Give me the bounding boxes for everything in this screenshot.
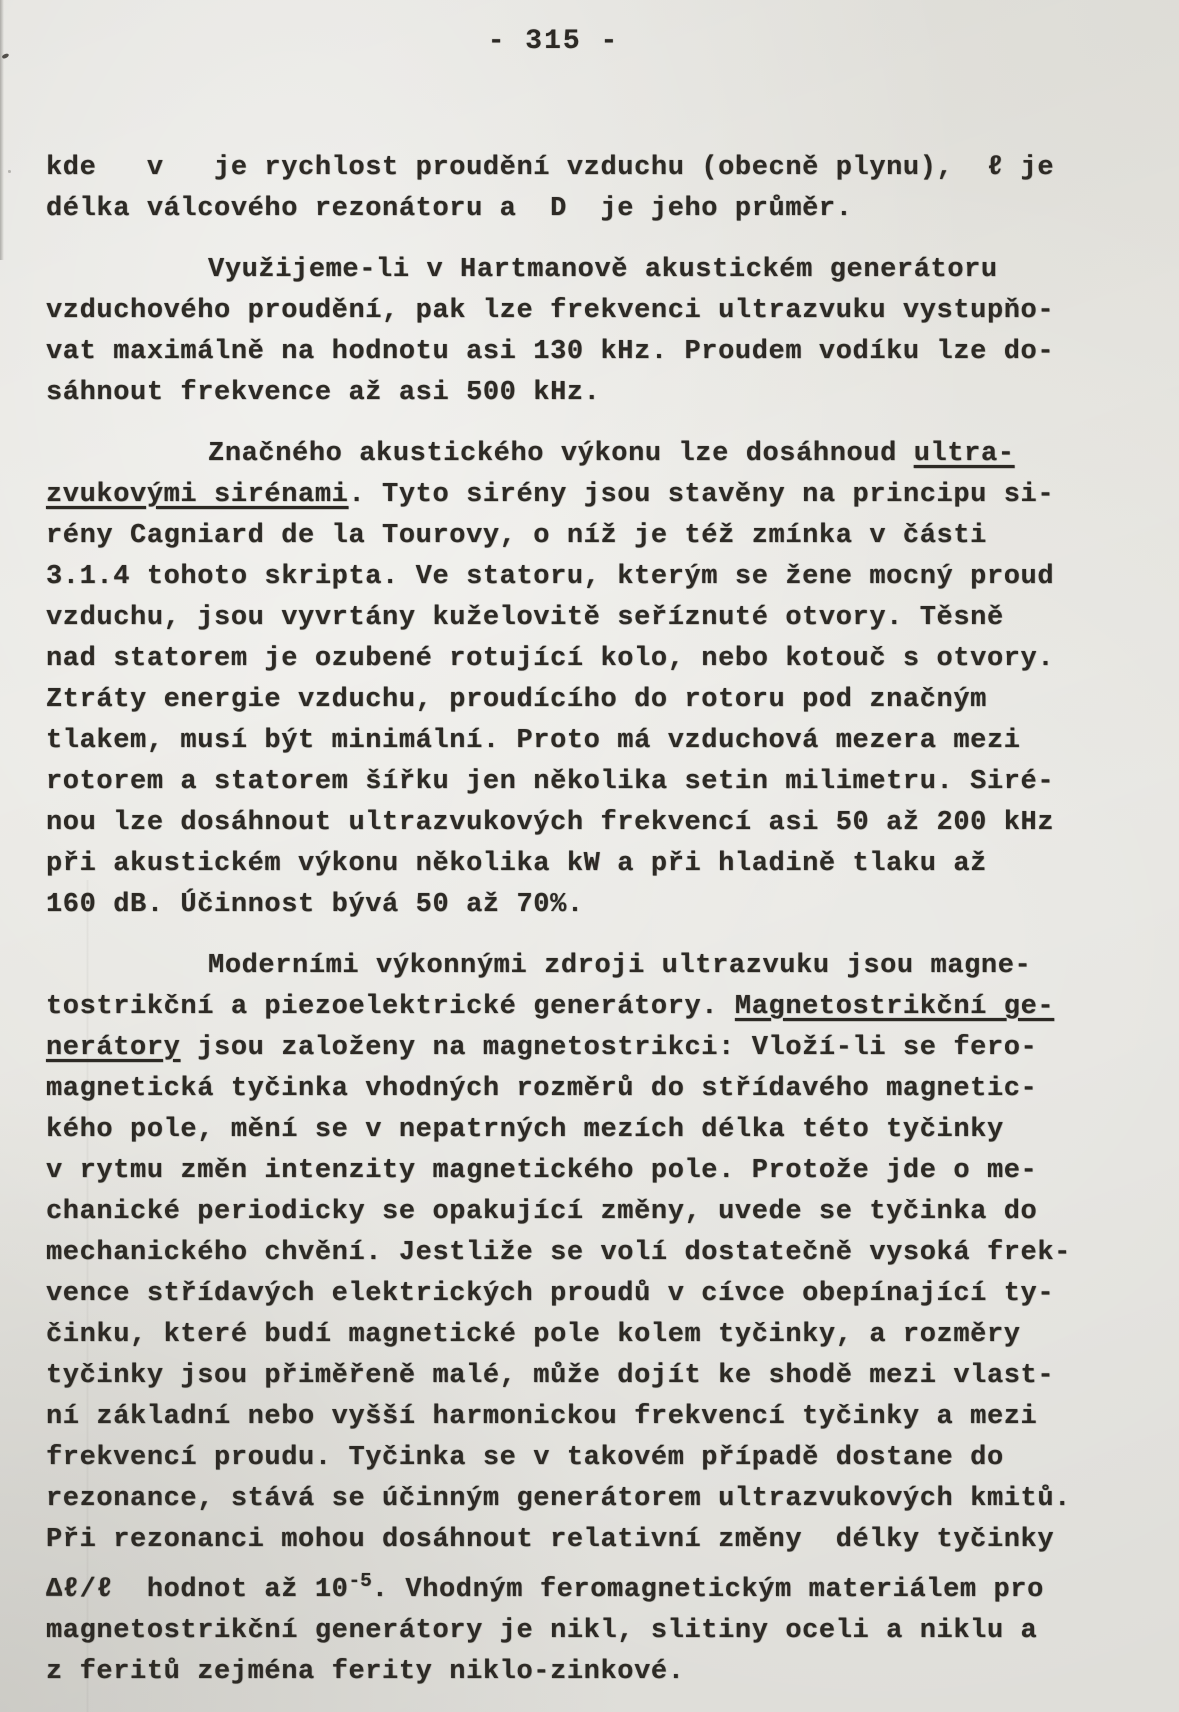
text-segment: sáhnout frekvence až asi 500 kHz. (46, 378, 601, 408)
text-line: mechanického chvění. Jestliže se volí do… (46, 1233, 1106, 1274)
text-line: délka válcového rezonátoru a D je jeho p… (46, 189, 1106, 230)
text-segment: tlakem, musí být minimální. Proto má vzd… (46, 726, 1021, 756)
ink-speckle (8, 170, 11, 173)
text-segment: nou lze dosáhnout ultrazvukových frekven… (46, 808, 1054, 838)
text-line: vence střídavých elektrických proudů v c… (46, 1274, 1106, 1315)
superscript-text: -5 (348, 1570, 371, 1592)
text-segment: magnetostrikční generátory je nikl, slit… (46, 1616, 1037, 1646)
text-line: magnetická tyčinka vhodných rozměrů do s… (46, 1069, 1106, 1110)
paragraph: Značného akustického výkonu lze dosáhnou… (46, 434, 1106, 926)
text-segment: kého pole, mění se v nepatrných mezích d… (46, 1115, 1004, 1145)
text-segment: rezonance, stává se účinným generátorem … (46, 1484, 1071, 1514)
paragraph: kde v je rychlost proudění vzduchu (obec… (46, 148, 1106, 230)
scanned-document-page: - 315 - kde v je rychlost proudění vzduc… (0, 0, 1179, 1712)
text-line: tostrikční a piezoelektrické generátory.… (46, 987, 1106, 1028)
text-line: Δℓ/ℓ hodnot až 10-5. Vhodným feromagneti… (46, 1561, 1106, 1611)
text-line: při akustickém výkonu několika kW a při … (46, 844, 1106, 885)
text-segment: tyčinky jsou přiměřeně malé, může dojít … (46, 1361, 1054, 1391)
text-line: nerátory jsou založeny na magnetostrikci… (46, 1028, 1106, 1069)
text-line: v rytmu změn intenzity magnetického pole… (46, 1151, 1106, 1192)
text-line: činku, které budí magnetické pole kolem … (46, 1315, 1106, 1356)
text-segment: délka válcového rezonátoru a D je jeho p… (46, 194, 853, 224)
text-segment: kde v je rychlost proudění vzduchu (obec… (46, 153, 1054, 183)
text-segment: při akustickém výkonu několika kW a při … (46, 849, 987, 879)
text-segment: Využijeme-li v Hartmanově akustickém gen… (208, 255, 998, 285)
text-segment: vzduchu, jsou vyvrtány kuželovitě seřízn… (46, 603, 1004, 633)
text-segment: Ztráty energie vzduchu, proudícího do ro… (46, 685, 987, 715)
text-line: vzduchového proudění, pak lze frekvenci … (46, 291, 1106, 332)
text-segment: vat maximálně na hodnotu asi 130 kHz. Pr… (46, 337, 1054, 367)
text-line: frekvencí proudu. Tyčinka se v takovém p… (46, 1438, 1106, 1479)
text-segment: . Tyto sirény jsou stavěny na principu s… (348, 480, 1054, 510)
underlined-text: Magnetostrikční ge- (735, 992, 1054, 1022)
text-line: chanické periodicky se opakující změny, … (46, 1192, 1106, 1233)
text-segment: jsou založeny na magnetostrikci: Vloží-l… (180, 1033, 1037, 1063)
text-line: rény Cagniard de la Tourovy, o níž je té… (46, 516, 1106, 557)
text-line: zvukovými sirénami. Tyto sirény jsou sta… (46, 475, 1106, 516)
text-segment: Δℓ/ℓ hodnot až 10 (46, 1575, 348, 1605)
text-segment: z feritů zejména ferity niklo-zinkové. (46, 1657, 685, 1687)
text-segment: nad statorem je ozubené rotující kolo, n… (46, 644, 1054, 674)
text-line: nad statorem je ozubené rotující kolo, n… (46, 639, 1106, 680)
text-line: vzduchu, jsou vyvrtány kuželovitě seřízn… (46, 598, 1106, 639)
text-line: vat maximálně na hodnotu asi 130 kHz. Pr… (46, 332, 1106, 373)
text-segment: Značného akustického výkonu lze dosáhnou… (208, 439, 914, 469)
text-segment: Při rezonanci mohou dosáhnout relativní … (46, 1525, 1054, 1555)
text-segment: chanické periodicky se opakující změny, … (46, 1197, 1037, 1227)
text-line: rotorem a statorem šířku jen několika se… (46, 762, 1106, 803)
paragraph: Využijeme-li v Hartmanově akustickém gen… (46, 250, 1106, 414)
text-line: Ztráty energie vzduchu, proudícího do ro… (46, 680, 1106, 721)
text-line: nou lze dosáhnout ultrazvukových frekven… (46, 803, 1106, 844)
text-line: magnetostrikční generátory je nikl, slit… (46, 1611, 1106, 1652)
text-segment: 160 dB. Účinnost bývá 50 až 70%. (46, 890, 584, 920)
text-segment: 3.1.4 tohoto skripta. Ve statoru, kterým… (46, 562, 1054, 592)
text-segment: vzduchového proudění, pak lze frekvenci … (46, 296, 1054, 326)
text-segment: vence střídavých elektrických proudů v c… (46, 1279, 1054, 1309)
underlined-text: ultra- (914, 439, 1015, 469)
text-segment: rotorem a statorem šířku jen několika se… (46, 767, 1054, 797)
paragraph: Moderními výkonnými zdroji ultrazvuku js… (46, 946, 1106, 1693)
text-segment: . Vhodným feromagnetickým materiálem pro (372, 1575, 1044, 1605)
text-segment: magnetická tyčinka vhodných rozměrů do s… (46, 1074, 1037, 1104)
underlined-text: zvukovými sirénami (46, 480, 348, 510)
document-body: kde v je rychlost proudění vzduchu (obec… (46, 148, 1106, 1693)
text-segment: frekvencí proudu. Tyčinka se v takovém p… (46, 1443, 1004, 1473)
text-line: Značného akustického výkonu lze dosáhnou… (46, 434, 1106, 475)
text-segment: činku, které budí magnetické pole kolem … (46, 1320, 1021, 1350)
text-line: rezonance, stává se účinným generátorem … (46, 1479, 1106, 1520)
text-line: tyčinky jsou přiměřeně malé, může dojít … (46, 1356, 1106, 1397)
text-line: z feritů zejména ferity niklo-zinkové. (46, 1652, 1106, 1693)
text-segment: v rytmu změn intenzity magnetického pole… (46, 1156, 1037, 1186)
underlined-text: nerátory (46, 1033, 180, 1063)
text-line: sáhnout frekvence až asi 500 kHz. (46, 373, 1106, 414)
text-line: 3.1.4 tohoto skripta. Ve statoru, kterým… (46, 557, 1106, 598)
text-segment: mechanického chvění. Jestliže se volí do… (46, 1238, 1071, 1268)
text-line: Moderními výkonnými zdroji ultrazvuku js… (46, 946, 1106, 987)
text-segment: Moderními výkonnými zdroji ultrazvuku js… (208, 951, 1031, 981)
text-segment: rény Cagniard de la Tourovy, o níž je té… (46, 521, 987, 551)
text-line: kého pole, mění se v nepatrných mezích d… (46, 1110, 1106, 1151)
text-line: Využijeme-li v Hartmanově akustickém gen… (46, 250, 1106, 291)
text-segment: ní základní nebo vyšší harmonickou frekv… (46, 1402, 1037, 1432)
text-line: Při rezonanci mohou dosáhnout relativní … (46, 1520, 1106, 1561)
text-line: kde v je rychlost proudění vzduchu (obec… (46, 148, 1106, 189)
page-number: - 315 - (0, 26, 1143, 57)
text-line: tlakem, musí být minimální. Proto má vzd… (46, 721, 1106, 762)
text-line: 160 dB. Účinnost bývá 50 až 70%. (46, 885, 1106, 926)
text-line: ní základní nebo vyšší harmonickou frekv… (46, 1397, 1106, 1438)
text-segment: tostrikční a piezoelektrické generátory. (46, 992, 735, 1022)
